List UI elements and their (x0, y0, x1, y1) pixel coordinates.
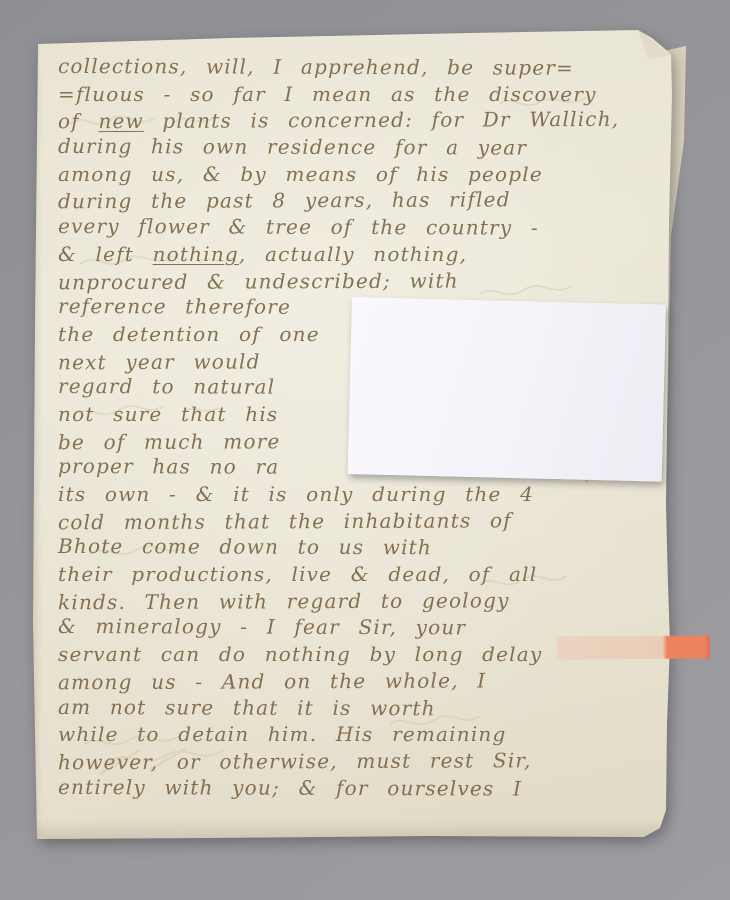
handwriting-line: of new plants is concerned: for Dr Walli… (58, 106, 658, 135)
handwriting-line: kinds. Then with regard to geology (58, 586, 658, 615)
handwriting-line: =fluous - so far I mean as the discovery (58, 81, 658, 108)
handwriting-line: its own - & it is only during the 4 (58, 481, 658, 508)
handwriting-line: collections, will, I apprehend, be super… (58, 53, 658, 82)
paper-edge-shading-bottom (36, 819, 666, 839)
white-cover-slip (348, 297, 666, 482)
handwriting-line: every flower & tree of the country - (58, 213, 658, 242)
archival-tab (557, 635, 710, 659)
handwriting-line: & left nothing, actually nothing, (58, 241, 658, 268)
handwriting-line: their productions, live & dead, of all (58, 561, 658, 588)
photograph: collections, will, I apprehend, be super… (0, 0, 730, 900)
handwriting-line: however, or otherwise, must rest Sir, (58, 747, 658, 776)
paper-edge-shading-left (33, 44, 42, 839)
handwriting-line: among us, & by means of his people (58, 161, 658, 188)
handwriting-line: cold months that the inhabitants of (58, 506, 658, 535)
handwriting-line: during the past 8 years, has rifled (58, 186, 658, 215)
handwriting-line: Bhote come down to us with (58, 533, 658, 562)
handwriting-line: during his own residence for a year (58, 133, 658, 162)
handwriting-line: entirely with you; & for ourselves I (58, 774, 658, 803)
handwriting-line: while to detain him. His remaining (58, 721, 658, 748)
handwriting-line: am not sure that it is worth (58, 693, 658, 722)
handwriting-line: among us - And on the whole, I (58, 667, 658, 696)
handwriting-line: unprocured & undescribed; with (58, 266, 658, 295)
